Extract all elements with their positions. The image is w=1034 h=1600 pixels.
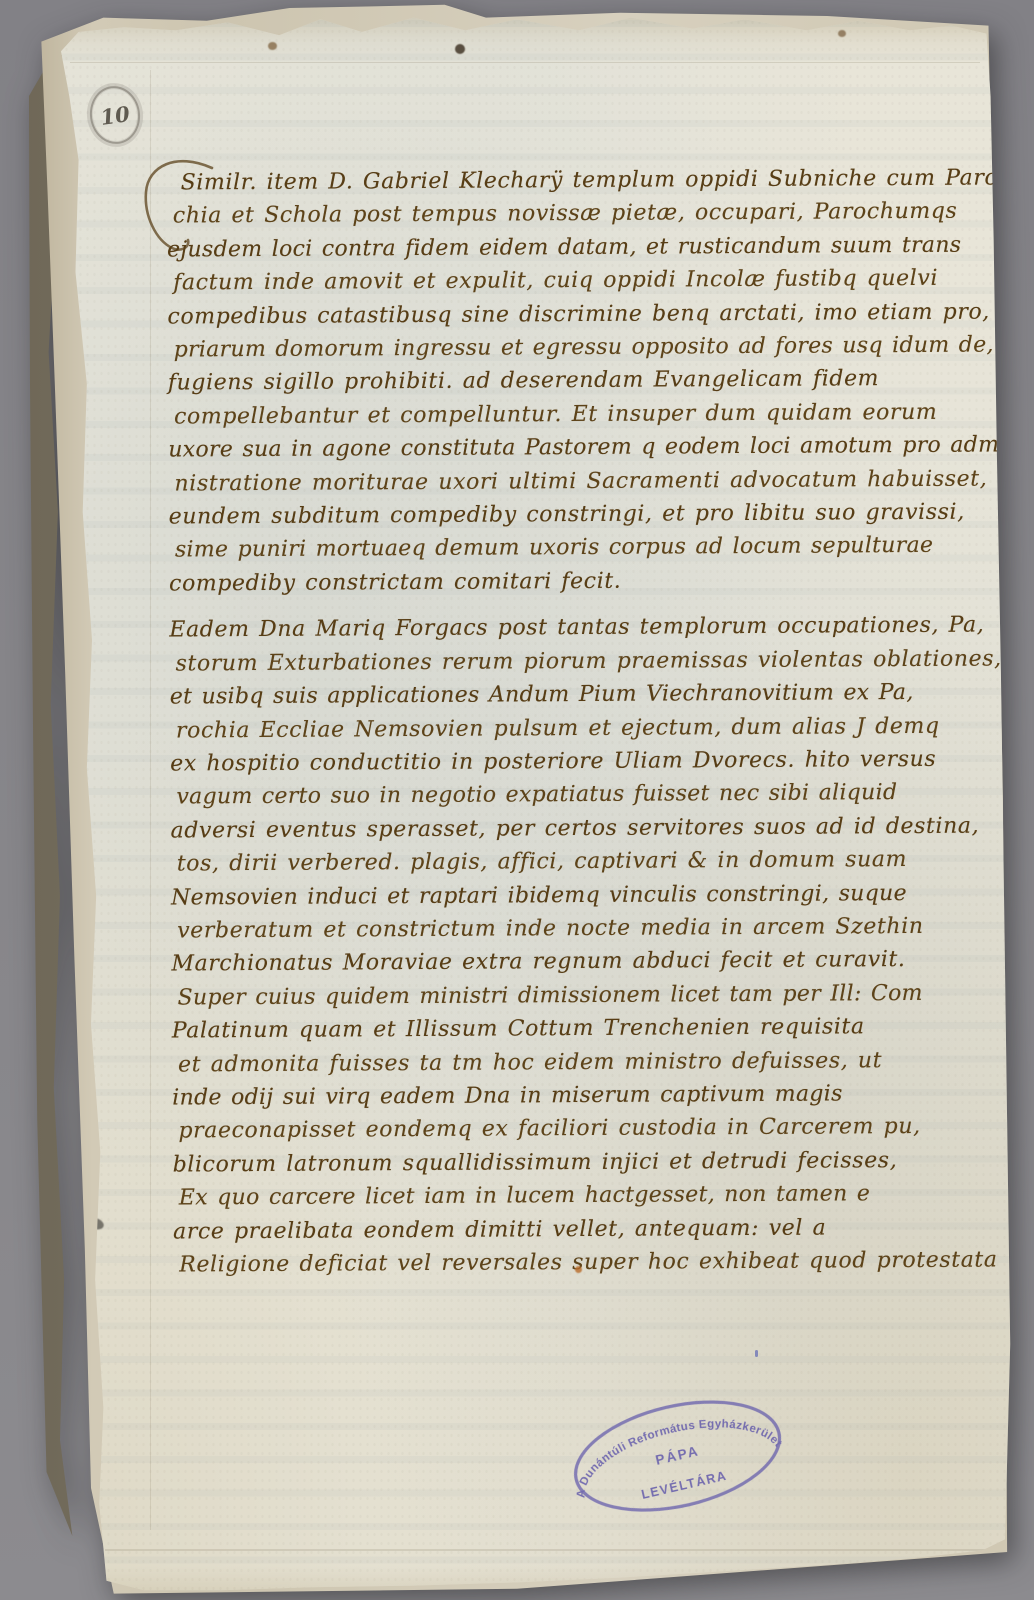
handwriting-line: chia et Schola post tempus novissæ pietæ… xyxy=(173,195,989,233)
edge-debris-spot xyxy=(455,44,465,54)
manuscript-page: 10 Similr. item D. Gabriel Klecharÿ temp… xyxy=(0,0,1034,1600)
inner-fold-crease xyxy=(150,70,151,1530)
handwriting-line: compedibus catastibusq sine discrimine b… xyxy=(167,295,989,333)
handwriting-line: priarum domorum ingressu et egressu oppo… xyxy=(174,329,990,367)
handwriting-line: sime puniri mortuaeq demum uxoris corpus… xyxy=(175,529,991,567)
handwriting-line: Super cuius quidem ministri dimissionem … xyxy=(178,976,994,1014)
handwriting-line: factum inde amovit et expulit, cuiq oppi… xyxy=(173,262,989,300)
handwriting-line: tos, dirii verbered. plagis, affici, cap… xyxy=(177,843,993,881)
handwriting-line: Ex quo carcere licet iam in lucem hactge… xyxy=(179,1177,995,1215)
bottom-crease-line xyxy=(105,1549,1005,1551)
blue-ink-mark xyxy=(755,1350,758,1357)
handwriting-line: adversi eventus sperasset, per certos se… xyxy=(171,809,993,847)
stamp-center-text: PÁPA xyxy=(654,1443,701,1468)
handwriting-line: verberatum et constrictum inde nocte med… xyxy=(177,909,993,947)
scan-background: 10 Similr. item D. Gabriel Klecharÿ temp… xyxy=(0,0,1034,1600)
paragraph-2: Eadem Dna Mariq Forgacs post tantas temp… xyxy=(169,609,995,1282)
handwriting-line: compellebantur et compelluntur. Et insup… xyxy=(174,395,990,433)
handwriting-line: blicorum latronum squallidissimum injici… xyxy=(173,1143,995,1181)
handwriting-line: eundem subditum compediby constringi, et… xyxy=(169,496,991,534)
handwriting-line: Nemsovien induci et raptari ibidemq vinc… xyxy=(171,876,993,914)
handwriting-line: compediby constrictam comitari fecit. xyxy=(169,562,991,600)
handwriting-line: uxore sua in agone constituta Pastorem q… xyxy=(168,429,990,467)
handwriting-line: arce praelibata eondem dimitti vellet, a… xyxy=(173,1210,995,1248)
handwriting-line: rochia Eccliae Nemsovien pulsum et eject… xyxy=(176,709,992,747)
handwriting-line: Religione deficiat vel reversales super … xyxy=(179,1243,995,1281)
handwriting-line: Similr. item D. Gabriel Klecharÿ templum… xyxy=(181,161,989,199)
handwriting-line: ejusdem loci contra fidem eidem datam, e… xyxy=(167,228,989,266)
archive-stamp: A Dunántúli Református Egyházkerület PÁP… xyxy=(540,1365,815,1550)
handwriting-line: fugiens sigillo prohibiti. ad deserendam… xyxy=(168,362,990,400)
page-number-circle: 10 xyxy=(86,83,144,147)
handwriting-line: praeconapisset eondemq ex faciliori cust… xyxy=(178,1110,994,1148)
manuscript-text: Similr. item D. Gabriel Klecharÿ templum… xyxy=(167,161,996,1294)
handwriting-line: Eadem Dna Mariq Forgacs post tantas temp… xyxy=(169,609,991,647)
handwriting-line: nistratione moriturae uxori ultimi Sacra… xyxy=(174,462,990,500)
handwriting-line: et admonita fuisses ta tm hoc eidem mini… xyxy=(178,1043,994,1081)
edge-debris-spot xyxy=(268,42,277,50)
edge-debris-spot xyxy=(838,30,846,37)
page-number: 10 xyxy=(99,101,131,130)
handwriting-line: ex hospitio conductitio in posteriore Ul… xyxy=(170,742,992,780)
paragraph-1: Similr. item D. Gabriel Klecharÿ templum… xyxy=(167,161,992,600)
handwriting-line: vagum certo suo in negotio expatiatus fu… xyxy=(176,776,992,814)
handwriting-line: Palatinum quam et Illissum Cottum Trench… xyxy=(172,1010,994,1048)
handwriting-line: inde odij sui virq eadem Dna in miserum … xyxy=(172,1076,994,1114)
top-crease-line xyxy=(70,62,980,63)
handwriting-line: Marchionatus Moraviae extra regnum abduc… xyxy=(171,943,993,981)
handwriting-line: et usibq suis applicationes Andum Pium V… xyxy=(170,676,992,714)
handwriting-line: storum Exturbationes rerum piorum praemi… xyxy=(175,642,991,680)
